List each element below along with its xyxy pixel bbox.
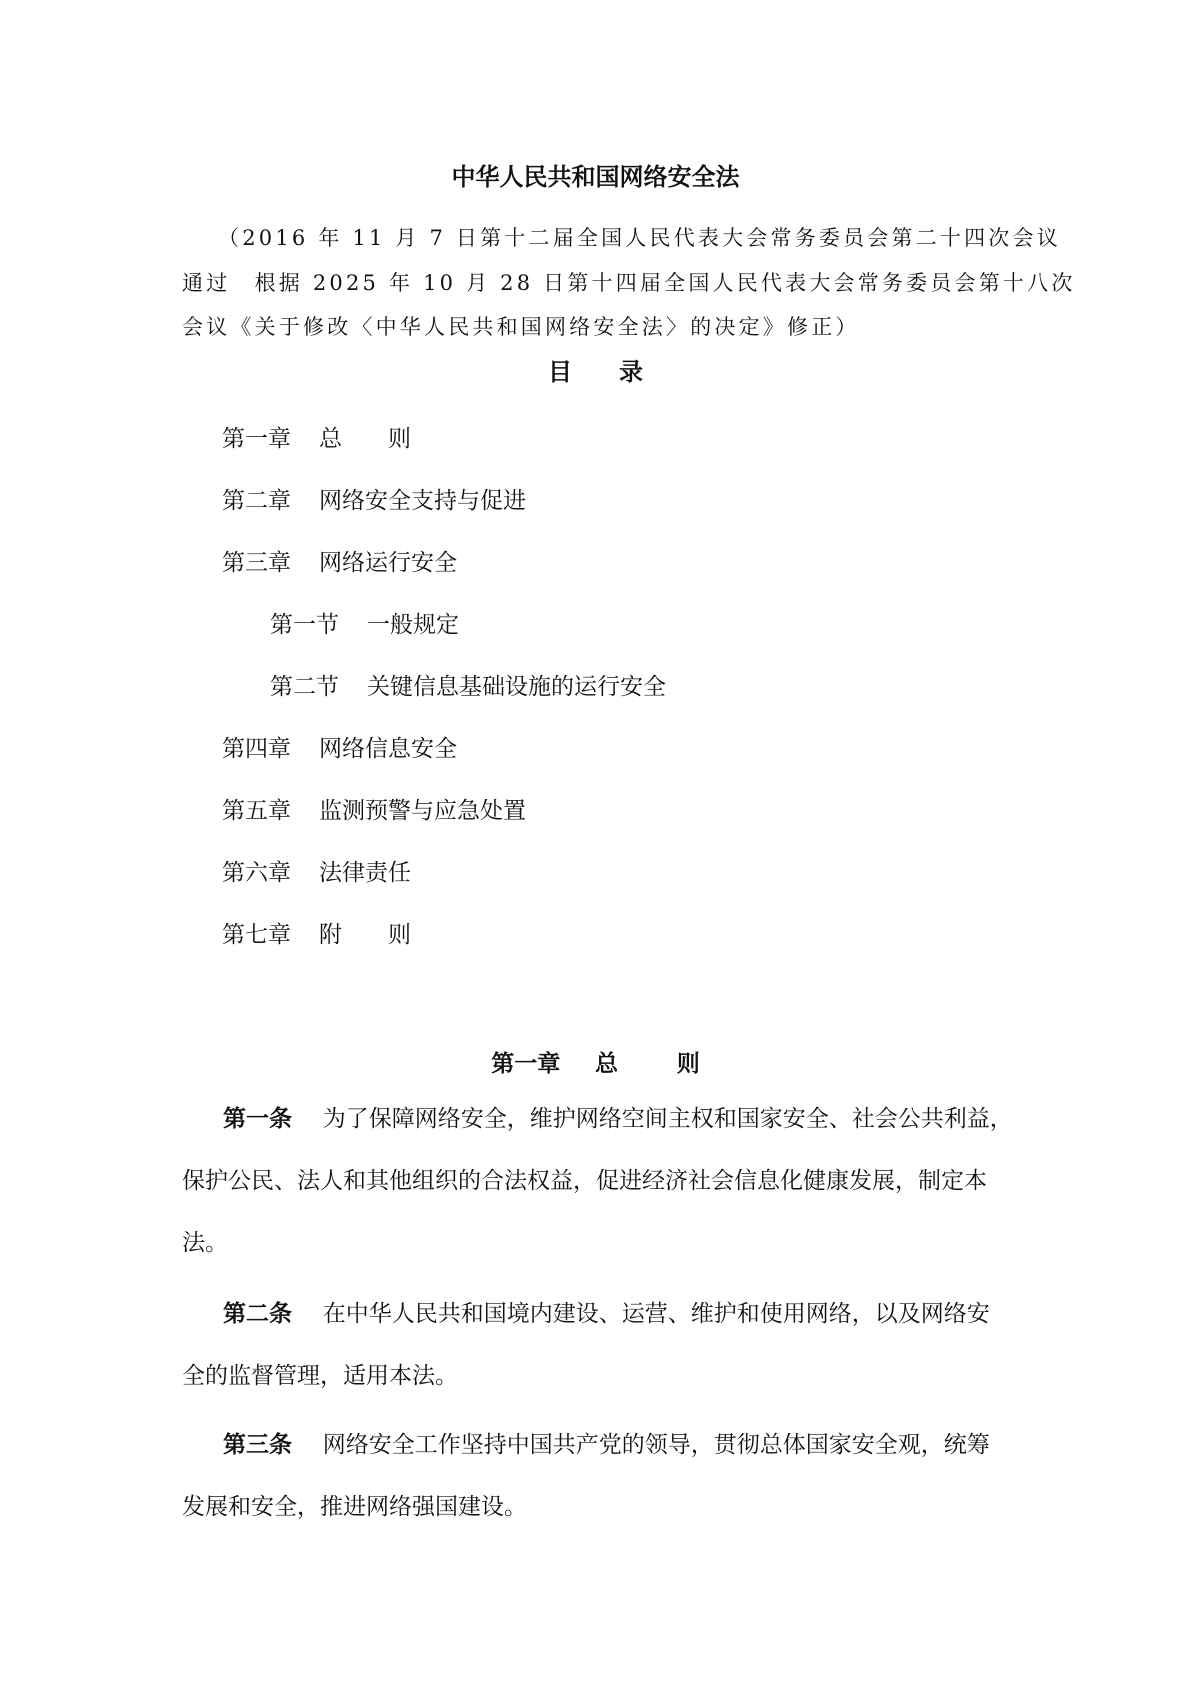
- chapter-heading: 第一章 总 则: [0, 1048, 1191, 1078]
- article-label: 第三条: [223, 1431, 292, 1457]
- article-text: 在中华人民共和国境内建设、运营、维护和使用网络，以及网络安: [323, 1300, 990, 1326]
- toc-item-title: 网络安全支持与促进: [319, 485, 526, 515]
- chapter-title-b: 则: [677, 1050, 700, 1076]
- article-label: 第一条: [223, 1105, 292, 1131]
- article-1-first-line: 第一条 为了保障网络安全，维护网络空间主权和国家安全、社会公共利益，: [223, 1103, 1013, 1133]
- toc-item-chapter-5[interactable]: 第五章 监测预警与应急处置: [222, 795, 526, 825]
- toc-item-section-3-1[interactable]: 第一节 一般规定: [270, 609, 459, 639]
- chapter-title-a: 总: [595, 1050, 618, 1076]
- toc-item-chapter-6[interactable]: 第六章 法律责任: [222, 857, 411, 887]
- chapter-number: 第一章: [491, 1050, 560, 1076]
- toc-item-title-b: 则: [388, 919, 411, 949]
- toc-item-number: 第三章: [222, 547, 319, 577]
- article-label: 第二条: [223, 1300, 292, 1326]
- toc-item-chapter-7[interactable]: 第七章 附 则: [222, 919, 411, 949]
- toc-item-number: 第一章: [222, 423, 319, 453]
- preamble-line-3: 会议《关于修改〈中华人民共和国网络安全法〉的决定》修正）: [182, 312, 1012, 342]
- toc-item-number: 第六章: [222, 857, 319, 887]
- toc-item-section-3-2[interactable]: 第二节 关键信息基础设施的运行安全: [270, 671, 666, 701]
- toc-item-chapter-4[interactable]: 第四章 网络信息安全: [222, 733, 457, 763]
- toc-item-chapter-2[interactable]: 第二章 网络安全支持与促进: [222, 485, 526, 515]
- toc-item-chapter-3[interactable]: 第三章 网络运行安全: [222, 547, 457, 577]
- article-3-line-2: 发展和安全，推进网络强国建设。: [182, 1491, 1012, 1521]
- toc-item-title-a: 附: [319, 919, 342, 949]
- article-2-first-line: 第二条 在中华人民共和国境内建设、运营、维护和使用网络，以及网络安: [223, 1298, 1013, 1328]
- toc-item-number: 第四章: [222, 733, 319, 763]
- article-2-line-2: 全的监督管理，适用本法。: [182, 1360, 1012, 1390]
- toc-heading-right: 录: [619, 358, 643, 388]
- preamble-line-2: 通过 根据 2025 年 10 月 28 日第十四届全国人民代表大会常务委员会第…: [182, 268, 1012, 298]
- toc-item-title: 法律责任: [319, 857, 411, 887]
- article-1-line-3: 法。: [182, 1227, 1012, 1257]
- toc-item-title: 关键信息基础设施的运行安全: [367, 671, 666, 701]
- toc-item-title: 监测预警与应急处置: [319, 795, 526, 825]
- toc-item-number: 第五章: [222, 795, 319, 825]
- toc-item-number: 第一节: [270, 609, 367, 639]
- article-1-line-2: 保护公民、法人和其他组织的合法权益，促进经济社会信息化健康发展，制定本: [182, 1165, 1012, 1195]
- preamble-line-1: （2016 年 11 月 7 日第十二届全国人民代表大会常务委员会第二十四次会议: [218, 223, 1018, 253]
- toc-item-title: 网络运行安全: [319, 547, 457, 577]
- toc-item-number: 第二章: [222, 485, 319, 515]
- document-page: 中华人民共和国网络安全法 （2016 年 11 月 7 日第十二届全国人民代表大…: [0, 0, 1191, 1684]
- toc-item-title: 一般规定: [367, 609, 459, 639]
- toc-item-number: 第二节: [270, 671, 367, 701]
- toc-item-number: 第七章: [222, 919, 319, 949]
- toc-item-title: 网络信息安全: [319, 733, 457, 763]
- article-text: 网络安全工作坚持中国共产党的领导，贯彻总体国家安全观，统筹: [323, 1431, 990, 1457]
- toc-heading-left: 目: [548, 358, 572, 388]
- toc-item-title-b: 则: [388, 423, 411, 453]
- document-title: 中华人民共和国网络安全法: [0, 163, 1191, 193]
- article-3-first-line: 第三条 网络安全工作坚持中国共产党的领导，贯彻总体国家安全观，统筹: [223, 1429, 1013, 1459]
- toc-item-title-a: 总: [319, 423, 342, 453]
- toc-item-chapter-1[interactable]: 第一章 总 则: [222, 423, 411, 453]
- article-text: 为了保障网络安全，维护网络空间主权和国家安全、社会公共利益，: [323, 1105, 1013, 1131]
